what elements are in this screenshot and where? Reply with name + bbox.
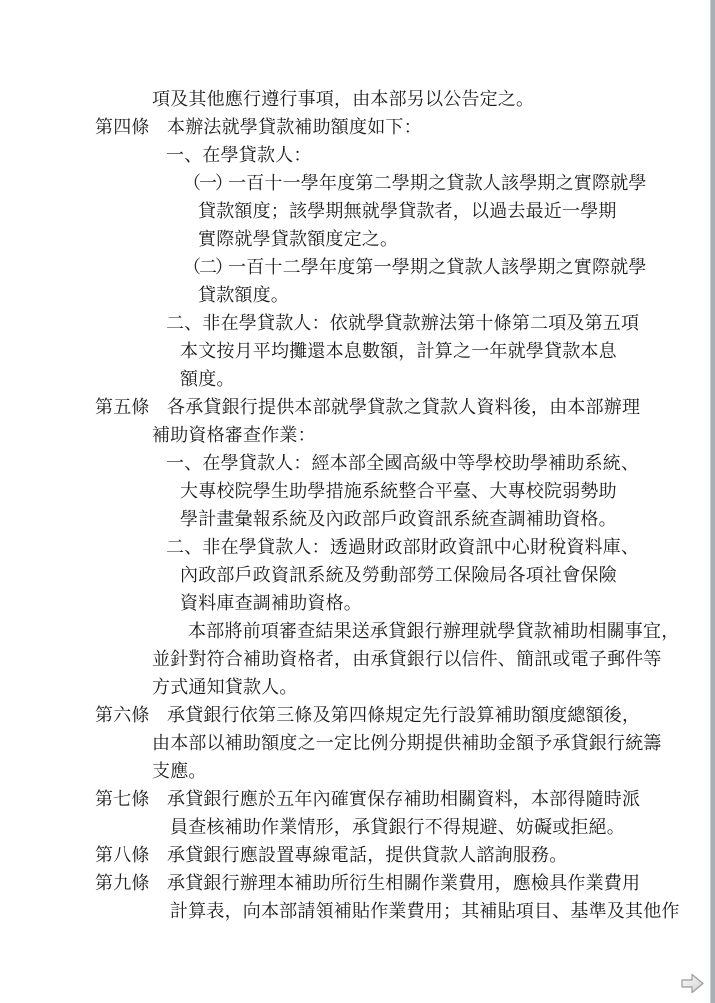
- line-text: 一百十一學年度第二學期之貸款人該學期之實際就學: [228, 173, 647, 193]
- line-text: 支應。: [152, 761, 207, 781]
- doc-line: 第四條本辦法就學貸款補助額度如下：: [0, 113, 715, 141]
- doc-line: 本部將前項審查結果送承貸銀行辦理就學貸款補助相關事宜，: [0, 617, 715, 645]
- line-text: 本辦法就學貸款補助額度如下：: [167, 117, 422, 137]
- doc-line: 一、在學貸款人：經本部全國高級中等學校助學補助系統、: [0, 449, 715, 477]
- doc-line: 二、非在學貸款人：透過財政部財政資訊中心財稅資料庫、: [0, 533, 715, 561]
- doc-line: （一）一百十一學年度第二學期之貸款人該學期之實際就學: [0, 169, 715, 197]
- doc-line: 資料庫查調補助資格。: [0, 589, 715, 617]
- line-text: 承貸銀行依第三條及第四條規定先行設算補助額度總額後，: [167, 705, 640, 725]
- line-text: 各承貸銀行提供本部就學貸款之貸款人資料後，由本部辦理: [167, 397, 640, 417]
- line-text: 補助資格審查作業：: [152, 425, 316, 445]
- line-text: 非在學貸款人：依就學貸款辦法第十條第二項及第五項: [202, 313, 639, 333]
- doc-line: 並針對符合補助資格者，由承貸銀行以信件、簡訊或電子郵件等: [0, 645, 715, 673]
- item-marker: 二、: [166, 537, 202, 557]
- line-text: 項及其他應行遵行事項，由本部另以公告定之。: [152, 89, 534, 109]
- article-number: 第七條: [95, 785, 167, 813]
- doc-line: 由本部以補助額度之一定比例分期提供補助金額予承貸銀行統籌: [0, 729, 715, 757]
- doc-line: 第七條承貸銀行應於五年內確實保存補助相關資料，本部得隨時派: [0, 785, 715, 813]
- line-text: 承貸銀行應於五年內確實保存補助相關資料，本部得隨時派: [167, 789, 640, 809]
- line-text: 實際就學貸款額度定之。: [198, 229, 398, 249]
- article-number: 第六條: [95, 701, 167, 729]
- doc-line: 二、非在學貸款人：依就學貸款辦法第十條第二項及第五項: [0, 309, 715, 337]
- article-number: 第九條: [95, 869, 167, 897]
- item-marker: （一）: [183, 169, 231, 197]
- line-text: 額度。: [180, 369, 235, 389]
- line-text: 本文按月平均攤還本息數額，計算之一年就學貸款本息: [180, 341, 617, 361]
- doc-line: 內政部戶政資訊系統及勞動部勞工保險局各項社會保險: [0, 561, 715, 589]
- item-marker: 一、: [166, 145, 202, 165]
- doc-line: 項及其他應行遵行事項，由本部另以公告定之。: [0, 85, 715, 113]
- doc-line: 本文按月平均攤還本息數額，計算之一年就學貸款本息: [0, 337, 715, 365]
- doc-line: 方式通知貸款人。: [0, 673, 715, 701]
- article-number: 第八條: [95, 841, 167, 869]
- line-text: 由本部以補助額度之一定比例分期提供補助金額予承貸銀行統籌: [152, 733, 662, 753]
- line-text: 在學貸款人：: [202, 145, 311, 165]
- document-page: 項及其他應行遵行事項，由本部另以公告定之。第四條本辦法就學貸款補助額度如下：一、…: [0, 0, 715, 1003]
- line-text: 承貸銀行應設置專線電話，提供貸款人諮詢服務。: [167, 845, 567, 865]
- doc-line: 第五條各承貸銀行提供本部就學貸款之貸款人資料後，由本部辦理: [0, 393, 715, 421]
- item-marker: 一、: [166, 453, 202, 473]
- doc-line: 計算表，向本部請領補貼作業費用；其補貼項目、基準及其他作: [0, 897, 715, 925]
- line-text: 方式通知貸款人。: [152, 677, 298, 697]
- doc-line: 員查核補助作業情形，承貸銀行不得規避、妨礙或拒絕。: [0, 813, 715, 841]
- doc-line: 第八條承貸銀行應設置專線電話，提供貸款人諮詢服務。: [0, 841, 715, 869]
- line-text: 本部將前項審查結果送承貸銀行辦理就學貸款補助相關事宜，: [188, 621, 679, 641]
- line-text: 大專校院學生助學措施系統整合平臺、大專校院弱勢助: [180, 481, 617, 501]
- line-text: 貸款額度。: [198, 285, 289, 305]
- doc-line: 第九條承貸銀行辦理本補助所衍生相關作業費用，應檢具作業費用: [0, 869, 715, 897]
- doc-line: 第六條承貸銀行依第三條及第四條規定先行設算補助額度總額後，: [0, 701, 715, 729]
- line-text: 學計畫彙報系統及內政部戶政資訊系統查調補助資格。: [180, 509, 617, 529]
- doc-line: 額度。: [0, 365, 715, 393]
- line-text: 承貸銀行辦理本補助所衍生相關作業費用，應檢具作業費用: [167, 873, 640, 893]
- item-marker: （二）: [183, 253, 231, 281]
- right-window-edge: [710, 0, 715, 1003]
- doc-line: 補助資格審查作業：: [0, 421, 715, 449]
- line-text: 在學貸款人：經本部全國高級中等學校助學補助系統、: [202, 453, 639, 473]
- doc-line: 學計畫彙報系統及內政部戶政資訊系統查調補助資格。: [0, 505, 715, 533]
- doc-line: 實際就學貸款額度定之。: [0, 225, 715, 253]
- doc-line: 貸款額度；該學期無就學貸款者，以過去最近一學期: [0, 197, 715, 225]
- doc-line: 一、在學貸款人：: [0, 141, 715, 169]
- line-text: 內政部戶政資訊系統及勞動部勞工保險局各項社會保險: [180, 565, 617, 585]
- doc-line: 貸款額度。: [0, 281, 715, 309]
- line-text: 並針對符合補助資格者，由承貸銀行以信件、簡訊或電子郵件等: [152, 649, 662, 669]
- next-page-arrow-icon[interactable]: [680, 971, 705, 996]
- line-text: 貸款額度；該學期無就學貸款者，以過去最近一學期: [198, 201, 617, 221]
- line-text: 計算表，向本部請領補貼作業費用；其補貼項目、基準及其他作: [170, 901, 680, 921]
- article-number: 第四條: [95, 113, 167, 141]
- line-text: 資料庫查調補助資格。: [180, 593, 362, 613]
- doc-line: 大專校院學生助學措施系統整合平臺、大專校院弱勢助: [0, 477, 715, 505]
- item-marker: 二、: [166, 313, 202, 333]
- line-text: 一百十二學年度第一學期之貸款人該學期之實際就學: [228, 257, 647, 277]
- doc-line: （二）一百十二學年度第一學期之貸款人該學期之實際就學: [0, 253, 715, 281]
- article-number: 第五條: [95, 393, 167, 421]
- line-text: 員查核補助作業情形，承貸銀行不得規避、妨礙或拒絕。: [170, 817, 625, 837]
- line-text: 非在學貸款人：透過財政部財政資訊中心財稅資料庫、: [202, 537, 639, 557]
- document-body: 項及其他應行遵行事項，由本部另以公告定之。第四條本辦法就學貸款補助額度如下：一、…: [0, 85, 715, 925]
- doc-line: 支應。: [0, 757, 715, 785]
